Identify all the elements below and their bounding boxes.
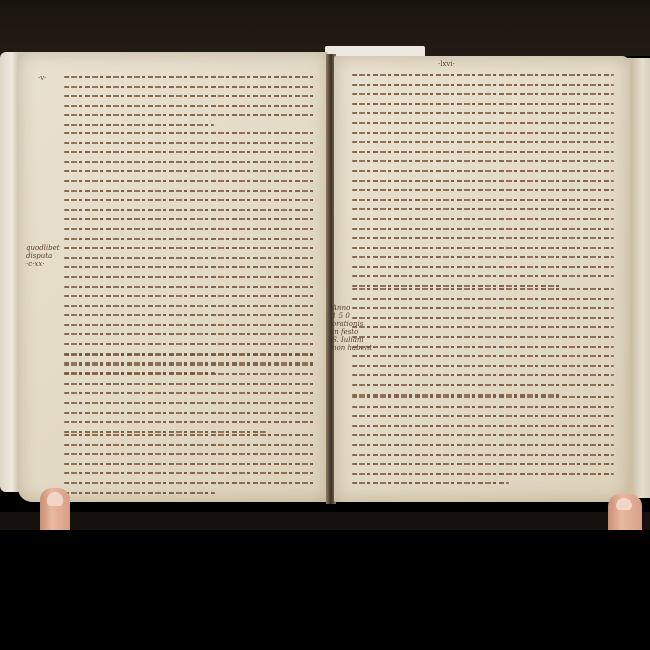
paragraph-4 (64, 434, 316, 501)
paragraph-1 (352, 74, 614, 295)
folio-mark: ·v· (38, 74, 46, 82)
right-finger (608, 494, 642, 530)
black-letterbox (0, 530, 650, 650)
margin-note-line: quodlibet (26, 244, 60, 252)
margin-note-line: disputa (26, 252, 60, 260)
paragraph-1 (64, 76, 314, 134)
margin-note-line: ·c·xx· (26, 260, 60, 268)
open-manuscript: ·v· quodlibet disputa ·c·xx· ·lxvi· Anno… (0, 46, 650, 516)
paragraph-3 (64, 354, 316, 440)
paragraph-2 (352, 288, 614, 403)
left-page: ·v· quodlibet disputa ·c·xx· (18, 52, 328, 502)
right-page: ·lxvi· Anno 1 5 0 orationis in festo S. … (334, 56, 630, 502)
paragraph-3 (352, 396, 614, 492)
margin-note-left: quodlibet disputa ·c·xx· (26, 244, 60, 268)
folio-mark: ·lxvi· (438, 60, 455, 68)
left-finger (40, 488, 70, 530)
paragraph-2 (64, 132, 316, 381)
